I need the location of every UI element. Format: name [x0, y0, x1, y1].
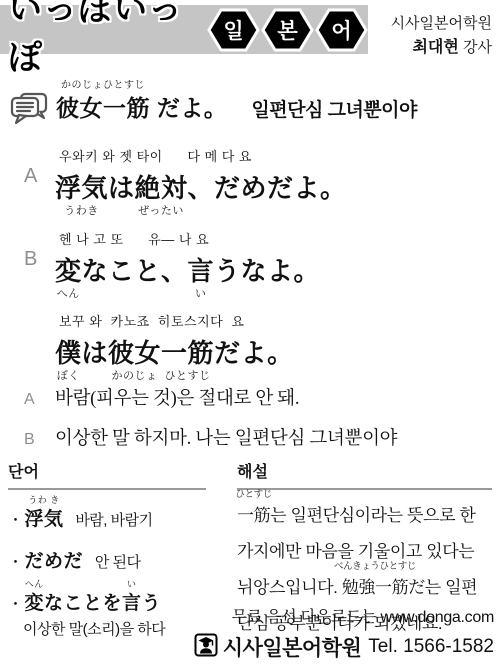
vocab-list: ・浮気うわ き 바람, 바람기 ・だめだ 안 된다 ・変へんなことを言いう 이상…: [8, 504, 206, 639]
translation-text: 이상한 말 하지마. 나는 일편단심 그녀뿐이야: [55, 424, 397, 450]
school-name: 시사일본어학원: [391, 13, 492, 36]
translation-row: B 이상한 말 하지마. 나는 일편단심 그녀뿐이야: [24, 424, 397, 450]
vocab-word: 変へんなことを言いう: [25, 593, 162, 614]
commentary-title: 해설: [237, 459, 492, 490]
download-url[interactable]: www.donga.com: [381, 609, 495, 626]
translation-label-a: A: [24, 391, 55, 409]
vocab-item: ・変へんなことを言いう 이상한 말(소리)을 하다: [8, 588, 206, 639]
vocab-item: ・浮気うわ き 바람, 바람기: [8, 504, 206, 531]
headline-korean: 일편단심 그녀뿐이야: [251, 95, 416, 122]
vocab-meaning: 이상한 말(소리)을 하다: [23, 618, 206, 639]
speech-bubble-icon: [10, 92, 48, 131]
instructor-name: 최대현: [412, 39, 458, 56]
translation-text: 바람(피우는 것)은 절대로 안 돼.: [55, 384, 299, 410]
instructor-line: 최대현 강사: [391, 36, 492, 60]
pronunciation-guide: 헨 나 고 또 유― 나 요: [55, 229, 320, 248]
japanese-sentence: 僕ぼくは彼女かのじょ一筋ひとすじだよ。: [55, 333, 320, 370]
lesson-page: いっぽいっぽ 일본어 시사일본어학원 최대현 강사 彼女一筋か: [0, 0, 500, 667]
dialogue-line: 보꾸 와 카노죠 히토스지다 요 僕ぼくは彼女かのじょ一筋ひとすじだよ。: [55, 311, 320, 370]
vocab-section: 단어 ・浮気うわ き 바람, 바람기 ・だめだ 안 된다 ・変へんなことを言いう…: [8, 459, 206, 654]
translation-row: A 바람(피우는 것)은 절대로 안 돼.: [24, 384, 397, 410]
pronunciation-guide: 우와키 와 젯 타이 다 메 다 요: [55, 146, 347, 165]
brand-name: 시사일본어학원: [223, 632, 362, 662]
bullet: ・: [8, 596, 24, 613]
bullet: ・: [8, 512, 24, 529]
header-byline: 시사일본어학원 최대현 강사: [391, 13, 492, 60]
footer: 무료 음성 다운로드는 www.donga.com 시사일본어학원 Tel. 1…: [194, 604, 494, 662]
vocab-word: 浮気うわ き: [25, 509, 64, 530]
speaker-label-b: B: [24, 229, 55, 393]
hexagon-badge: 어: [315, 8, 368, 52]
bullet: ・: [8, 554, 24, 571]
headline: 彼女一筋かのじょひとすじ だよ。 일편단심 그녀뿐이야: [10, 90, 417, 129]
translation-block: A 바람(피우는 것)은 절대로 안 돼. B 이상한 말 하지마. 나는 일편…: [24, 384, 397, 464]
svg-text:일: 일: [223, 19, 243, 43]
headline-japanese: 彼女一筋かのじょひとすじ だよ。: [56, 90, 227, 123]
svg-text:본: 본: [277, 20, 298, 43]
dialogue-line: 우와키 와 젯 타이 다 메 다 요 浮気うわきは絶対ぜったい、だめだよ。: [55, 146, 347, 205]
instructor-role: 강사: [459, 39, 492, 56]
speaker-label-a: A: [24, 146, 55, 228]
vocab-meaning: 바람, 바람기: [75, 512, 152, 529]
phone-number: Tel. 1566-1582: [368, 636, 494, 658]
hexagon-badge: 본: [261, 8, 314, 52]
hexagon-badge: 일: [207, 8, 260, 52]
japanese-sentence: 浮気うわきは絶対ぜったい、だめだよ。: [55, 168, 347, 205]
header-title-japanese: いっぽいっぽ: [8, 0, 199, 79]
translation-label-b: B: [24, 431, 55, 449]
dialogue-line: 헨 나 고 또 유― 나 요 変へんなこと、言いうなよ。: [55, 229, 320, 288]
vocab-item: ・だめだ 안 된다: [8, 546, 206, 573]
school-logo-icon: [194, 633, 218, 662]
header-bar: いっぽいっぽ 일본어: [0, 5, 368, 54]
vocab-meaning: 안 된다: [95, 554, 141, 571]
title-badges: 일본어: [207, 8, 368, 52]
dialogue-section-a: A 우와키 와 젯 타이 다 메 다 요 浮気うわきは絶対ぜったい、だめだよ。: [24, 146, 347, 228]
vocab-title: 단어: [8, 459, 206, 490]
dialogue-section-b: B 헨 나 고 또 유― 나 요 変へんなこと、言いうなよ。 보꾸 와 카노죠 …: [24, 229, 320, 393]
vocab-word: だめだ: [25, 551, 84, 572]
pronunciation-guide: 보꾸 와 카노죠 히토스지다 요: [55, 311, 320, 330]
download-label: 무료 음성 다운로드는: [232, 609, 381, 626]
svg-text:어: 어: [331, 19, 351, 43]
footer-brand-line: 시사일본어학원 Tel. 1566-1582: [194, 632, 494, 662]
download-info: 무료 음성 다운로드는 www.donga.com: [194, 604, 494, 627]
japanese-sentence: 変へんなこと、言いうなよ。: [55, 251, 320, 288]
